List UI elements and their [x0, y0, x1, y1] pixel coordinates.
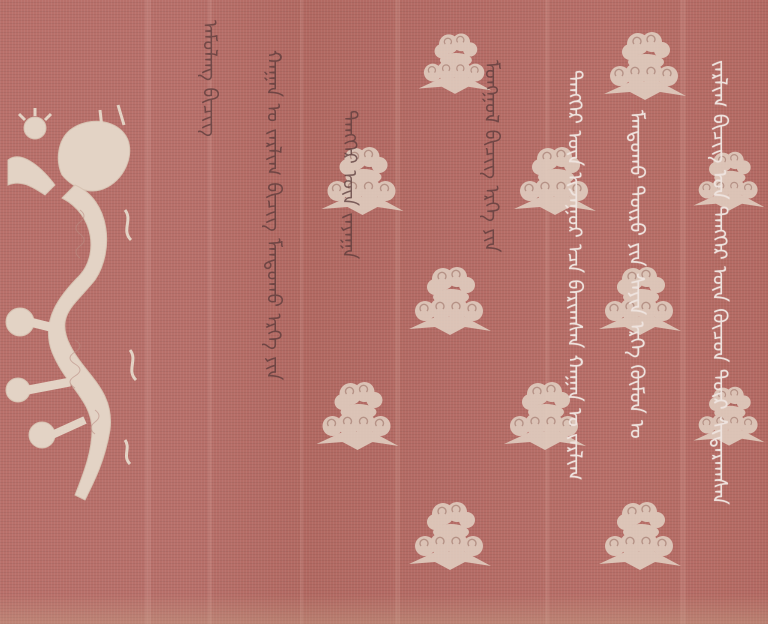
fabric-streak — [545, 0, 549, 624]
script-column: ᠲᠡᠩᠭᠡᠷ ᠦᠨ ᠢᠵᠠᠭᠤᠷ ᠡᠴᠡ ᠪᠠᠷᠢᠭᠰᠠᠨ ᠬᠠᠭᠠᠨ ᠤ ᠵᠠ… — [565, 70, 585, 481]
cloud-icon — [315, 145, 410, 220]
fabric-streak — [395, 0, 400, 624]
dragon-motif — [0, 90, 150, 514]
script-column: ᠮᠣᠩᠭᠣᠯ ᠪᠢᠴᠢᠭ ᠡᠷᠬᠡ ᠶᠢᠨ — [482, 60, 502, 253]
script-column: ᠬᠠᠭᠠᠨ ᠤ ᠵᠠᠷᠯᠢᠭ ᠪᠢᠴᠢᠭ ᠮᠠᠨᠳᠤᠬᠤ ᠡᠷᠬᠡ ᠶᠢᠨ — [264, 50, 284, 380]
silk-textile: ᠠᠮᠤᠯᠠᠩ ᠪᠢᠴᠢᠭᠬᠠᠭᠠᠨ ᠤ ᠵᠠᠷᠯᠢᠭ ᠪᠢᠴᠢᠭ ᠮᠠᠨᠳᠤᠬᠤ… — [0, 0, 768, 624]
fabric-streak — [300, 0, 303, 624]
script-column: ᠮᠠᠨᠳᠤᠬᠤ ᠲᠦᠷᠦ ᠶᠢᠨ ᠰᠠᠶᠢᠨ ᠡᠷᠬᠡ ᠬᠦᠮᠦᠨ ᠤ — [627, 110, 647, 439]
cloud-icon — [405, 265, 495, 340]
cloud-icon — [600, 30, 690, 105]
cloud-icon — [310, 380, 405, 455]
fabric-bottom-edge — [0, 594, 768, 624]
script-column: ᠲᠡᠩᠭᠡᠷ ᠦᠨ ᠵᠠᠶᠠᠭᠠ — [340, 110, 360, 259]
cloud-icon — [595, 500, 685, 575]
script-column: ᠠᠮᠤᠯᠠᠩ ᠪᠢᠴᠢᠭ — [200, 20, 220, 137]
dragon-icon — [0, 90, 150, 510]
script-column: ᠵᠠᠷᠯᠢᠭ ᠪᠢᠴᠢᠭ ᠤᠨ ᠲᠡᠩᠭᠡᠷ ᠦᠨ ᠬᠦᠴᠦᠨ ᠳᠦᠷ ᠰᠢᠳᠠ… — [710, 60, 730, 505]
cloud-icon — [405, 500, 495, 575]
